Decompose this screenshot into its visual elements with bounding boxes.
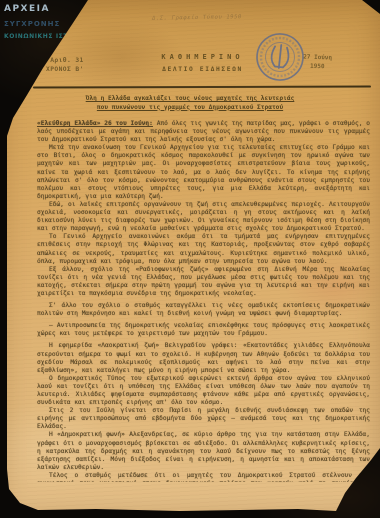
- date-block: 27 Ιούνη 1950: [303, 54, 332, 72]
- body-paragraph: Μετά την ανακοίνωση του Γενικού Αρχηγείο…: [37, 144, 370, 201]
- document-paper: Δ.Σ. Γραφείο Τύπου 1950 "Αριθ. 31 ΧΡΟΝΟΣ…: [0, 0, 380, 518]
- masthead-line1: ΚΑΘΗΜΕΡΙΝΟ: [140, 53, 265, 61]
- body-paragraph: Ο δημοκρατικός Τύπος του εξωτερικού αφιε…: [37, 375, 370, 407]
- body-paragraph: Εξ άλλου, σχόλιο της «Ραδιοφωνικής ζωής»…: [37, 266, 370, 298]
- body-paragraph: Το Γενικό Αρχηγείο ανακοινώνει ακόμα ότι…: [37, 233, 370, 265]
- date-day-month: 27 Ιούνη: [303, 54, 332, 64]
- body-paragraph: Τέλος ο σταθμός μετέδωσε ότι οι μαχητές …: [37, 472, 370, 482]
- body-paragraph: Σ' άλλο του σχόλιο ο σταθμός καταγγέλλει…: [37, 302, 370, 318]
- issue-year: ΧΡΟΝΟΣ Β': [46, 65, 84, 74]
- dateline-lead: «Ελεύθερη Ελλάδα» 26 του Ιούνη:: [37, 120, 153, 127]
- body-paragraph: «Ελεύθερη Ελλάδα» 26 του Ιούνη: Από όλες…: [37, 120, 370, 144]
- body-paragraph: Η «Δημοκρατική φωνή» Αλεξανδρείας, σε κύ…: [37, 431, 370, 471]
- document-title-line1: Όλη η Ελλάδα αγκαλιάζει τους νέους μαχητ…: [40, 95, 340, 104]
- horizontal-rule: [33, 86, 371, 89]
- archive-stamp-line1: ΑΡΧΕΙΑ: [4, 5, 92, 14]
- issue-block: "Αριθ. 31 ΧΡΟΝΟΣ Β': [46, 56, 84, 74]
- seal-monogram-lyre-icon: [270, 44, 289, 69]
- date-year: 1950: [303, 62, 332, 72]
- body-paragraph: Η εφημερίδα «Λαοκρατική ζωή» Βελιγραδίου…: [37, 342, 370, 374]
- document-title: Όλη η Ελλάδα αγκαλιάζει τους νέους μαχητ…: [40, 95, 340, 112]
- issue-number: "Αριθ. 31: [46, 56, 84, 65]
- masthead: ΚΑΘΗΜΕΡΙΝΟ ΔΕΛΤΙΟ ΕΙΔΗΣΕΩΝ: [140, 53, 265, 73]
- body-text: «Ελεύθερη Ελλάδα» 26 του Ιούνη: Από όλες…: [37, 120, 370, 482]
- body-paragraph: Εδώ, οι λαϊκές επιτροπές οργανώνουν τη ζ…: [37, 201, 370, 233]
- masthead-line2: ΔΕΛΤΙΟ ΕΙΔΗΣΕΩΝ: [140, 66, 265, 73]
- scanned-document-photo: ΑΡΧΕΙΑ ΣΥΓΧΡΟΝΗΣ ΚΟΙΝΩΝΙΚΗΣ ΙΣΤΟΡΙΑΣ Δ.Σ…: [0, 0, 380, 518]
- document-title-line2: που πυκνώνουν τις γραμμές του Δημοκρατικ…: [40, 104, 340, 113]
- body-paragraph: Στις 2 του Ιούλη γίνεται στο Παρίσι η με…: [37, 407, 370, 431]
- round-seal-icon: [251, 28, 308, 85]
- pencil-annotation: Δ.Σ. Γραφείο Τύπου 1950: [152, 14, 242, 22]
- body-paragraph: — Αντιπροσωπεία της δημοκρατικής νεολαία…: [37, 322, 370, 338]
